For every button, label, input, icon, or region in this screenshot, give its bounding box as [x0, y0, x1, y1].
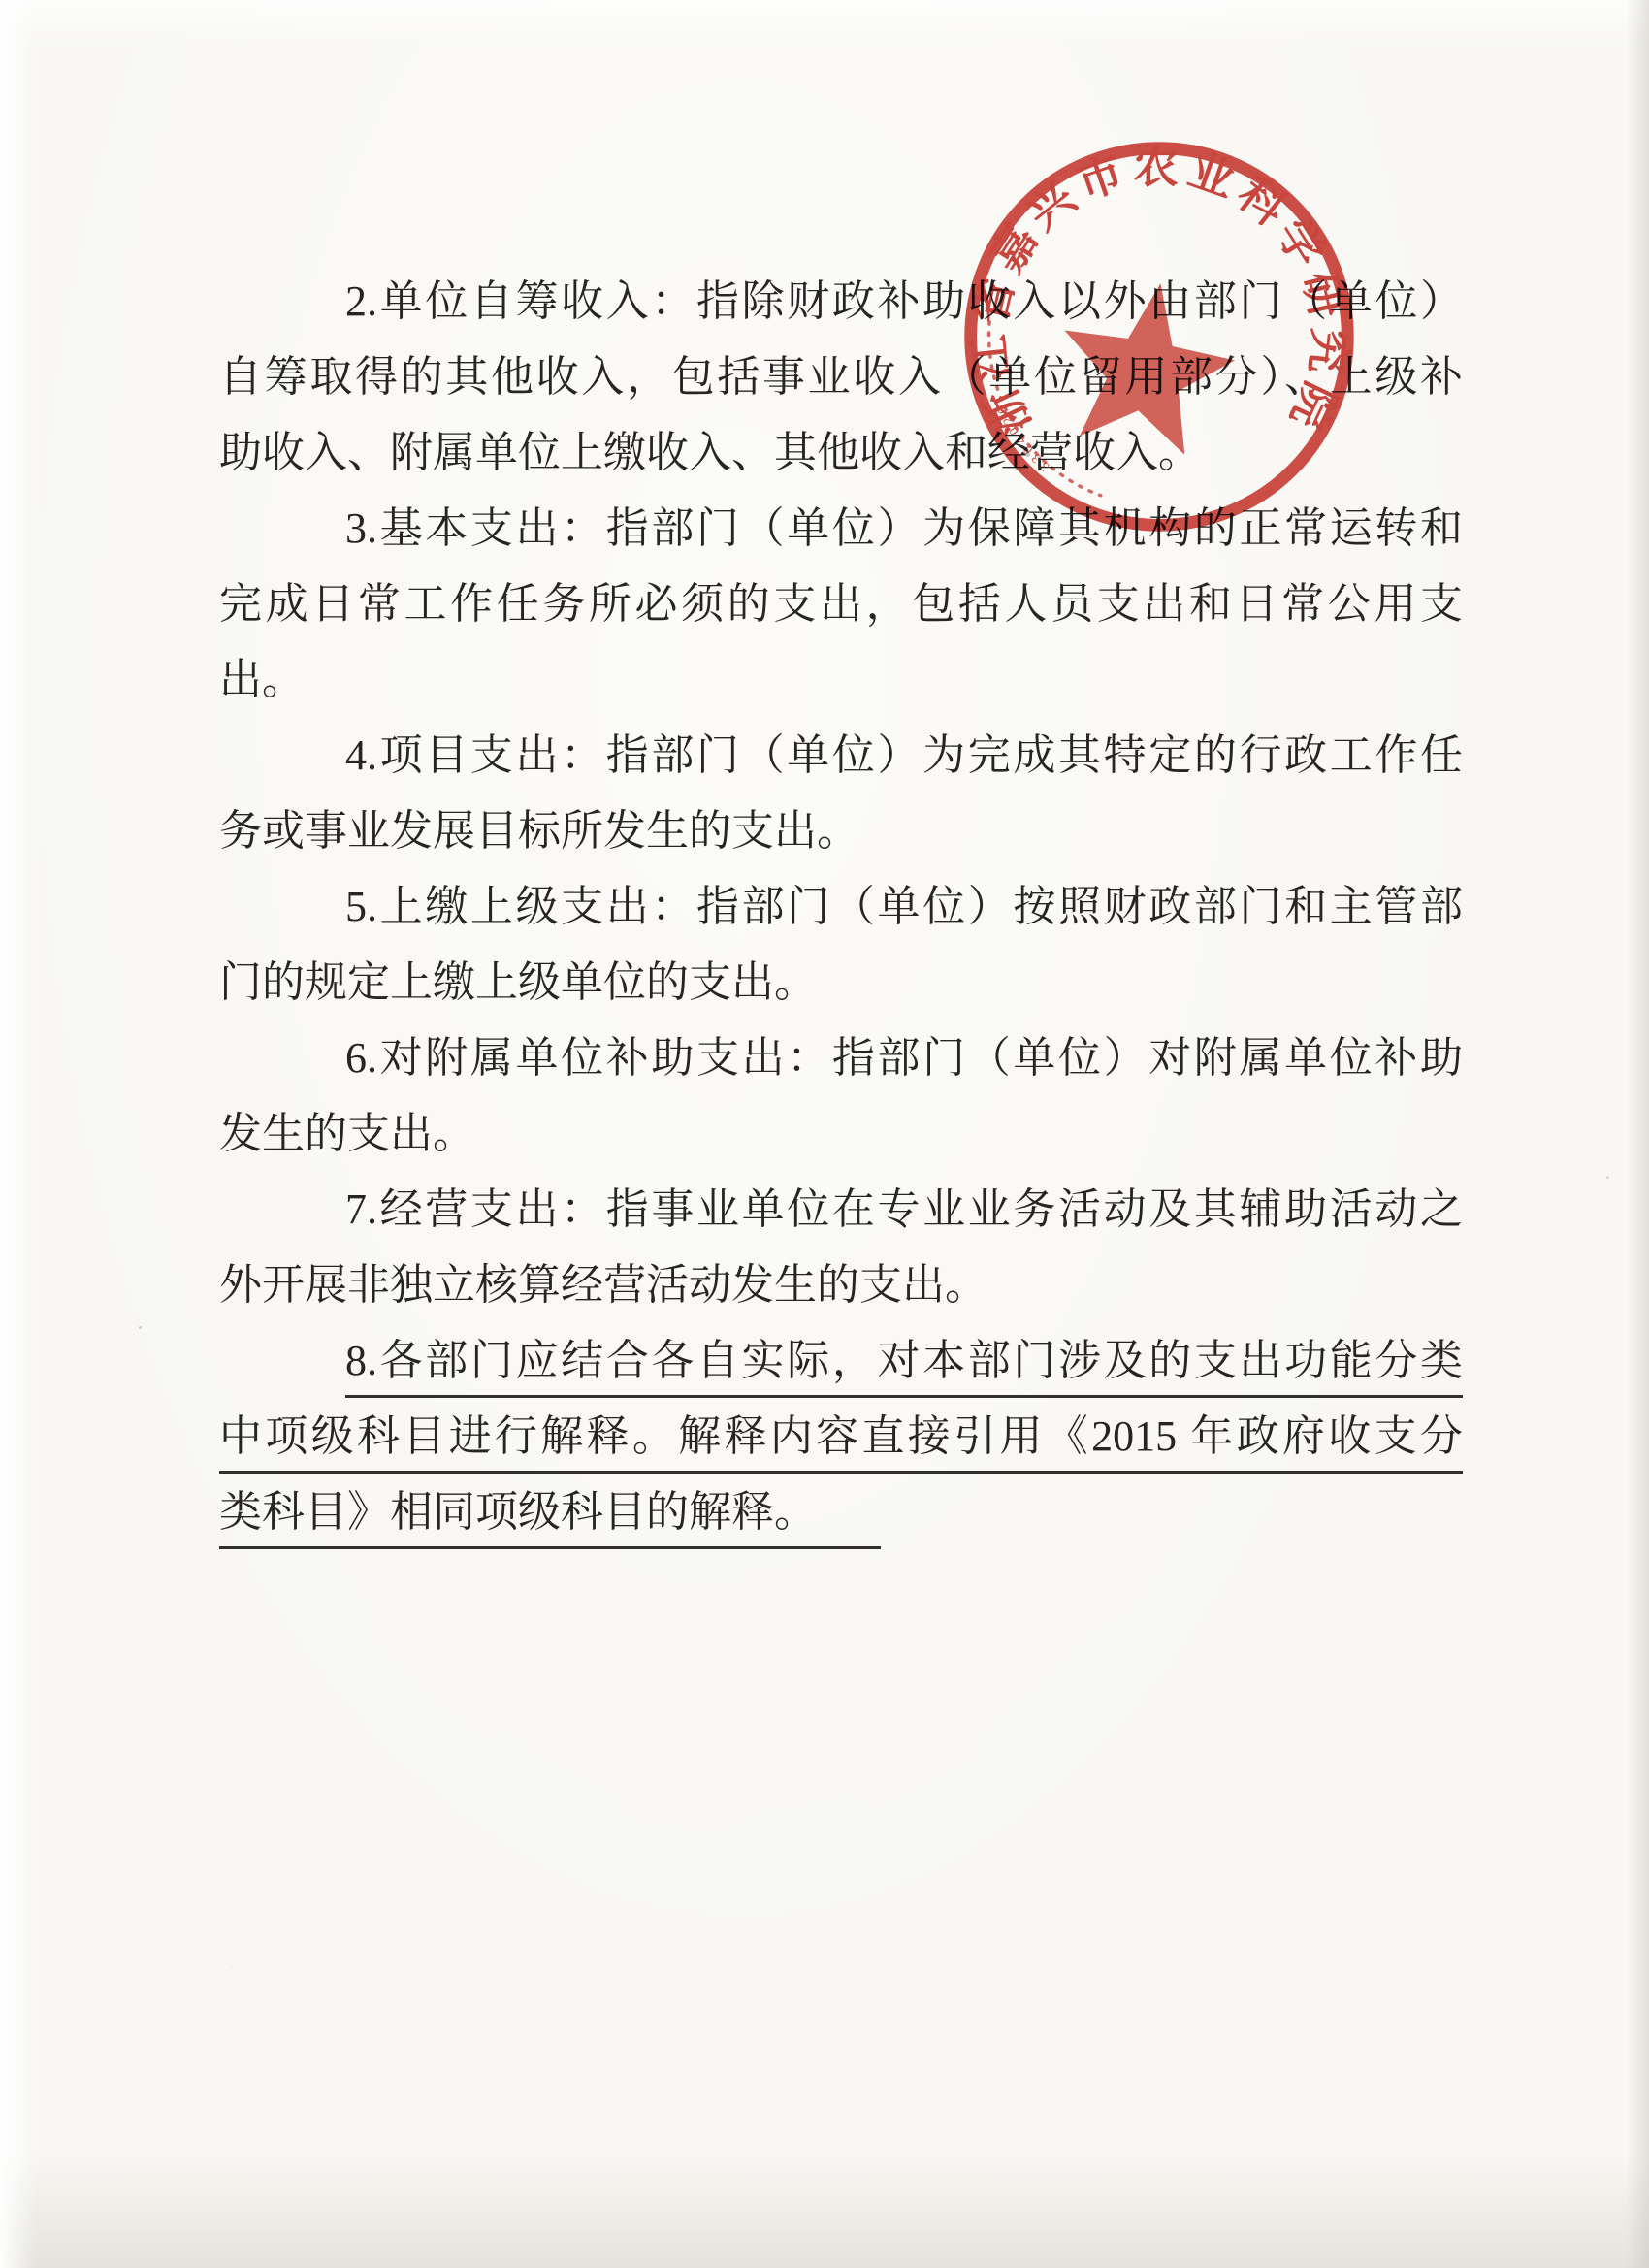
paragraph-line-text: 完成日常工作任务所必须的支出，包括人员支出和日常公用支	[219, 580, 1463, 628]
paragraph-line-text: 7.经营支出：指事业单位在专业业务活动及其辅助活动之	[345, 1185, 1463, 1233]
paragraph-line: 7.经营支出：指事业单位在专业业务活动及其辅助活动之	[219, 1172, 1463, 1247]
paragraph-line-text: 4.项目支出：指部门（单位）为完成其特定的行政工作任	[345, 731, 1463, 779]
paragraph-line: 4.项目支出：指部门（单位）为完成其特定的行政工作任	[219, 718, 1463, 794]
paragraph-line: 5.上缴上级支出：指部门（单位）按照财政部门和主管部	[219, 869, 1463, 945]
paragraph-line-text: 门的规定上缴上级单位的支出。	[219, 958, 817, 1006]
paragraph-line: 完成日常工作任务所必须的支出，包括人员支出和日常公用支	[219, 567, 1463, 642]
paragraph-line-underlined: 类科目》相同项级科目的解释。	[219, 1474, 1463, 1550]
paragraph-line: 外开展非独立核算经营活动发生的支出。	[219, 1247, 1463, 1323]
official-seal-stamp: 浙江省嘉兴市农业科学研究院 3304020	[949, 126, 1370, 547]
paragraph-line: 发生的支出。	[219, 1096, 1463, 1172]
paragraph-line-text: 5.上缴上级支出：指部门（单位）按照财政部门和主管部	[345, 883, 1463, 930]
paragraph-line-underlined: 8.各部门应结合各自实际，对本部门涉及的支出功能分类	[219, 1323, 1463, 1399]
paragraph-line-text: 6.对附属单位补助支出：指部门（单位）对附属单位补助	[345, 1034, 1463, 1082]
paragraph-line-text: 出。	[219, 656, 305, 703]
scanned-document-page: 2.单位自筹收入：指除财政补助收入以外由部门（单位） 自筹取得的其他收入，包括事…	[0, 0, 1649, 2268]
paragraph-line-text: 发生的支出。	[219, 1110, 475, 1157]
paragraph-line-underlined: 中项级科目进行解释。解释内容直接引用《2015 年政府收支分	[219, 1399, 1463, 1474]
paragraph-line-text: 务或事业发展目标所发生的支出。	[219, 807, 859, 855]
paragraph-line: 出。	[219, 642, 1463, 718]
paragraph-line: 门的规定上缴上级单位的支出。	[219, 945, 1463, 1021]
paragraph-line-text: 外开展非独立核算经营活动发生的支出。	[219, 1261, 987, 1309]
paragraph-line-text: 类科目》相同项级科目的解释。	[219, 1488, 881, 1549]
paragraph-line-text: 中项级科目进行解释。解释内容直接引用《2015 年政府收支分	[219, 1412, 1463, 1474]
paragraph-line-text: 8.各部门应结合各自实际，对本部门涉及的支出功能分类	[345, 1337, 1463, 1398]
red-star-icon	[1064, 283, 1235, 455]
paragraph-line: 6.对附属单位补助支出：指部门（单位）对附属单位补助	[219, 1021, 1463, 1096]
paragraph-line: 务或事业发展目标所发生的支出。	[219, 794, 1463, 869]
